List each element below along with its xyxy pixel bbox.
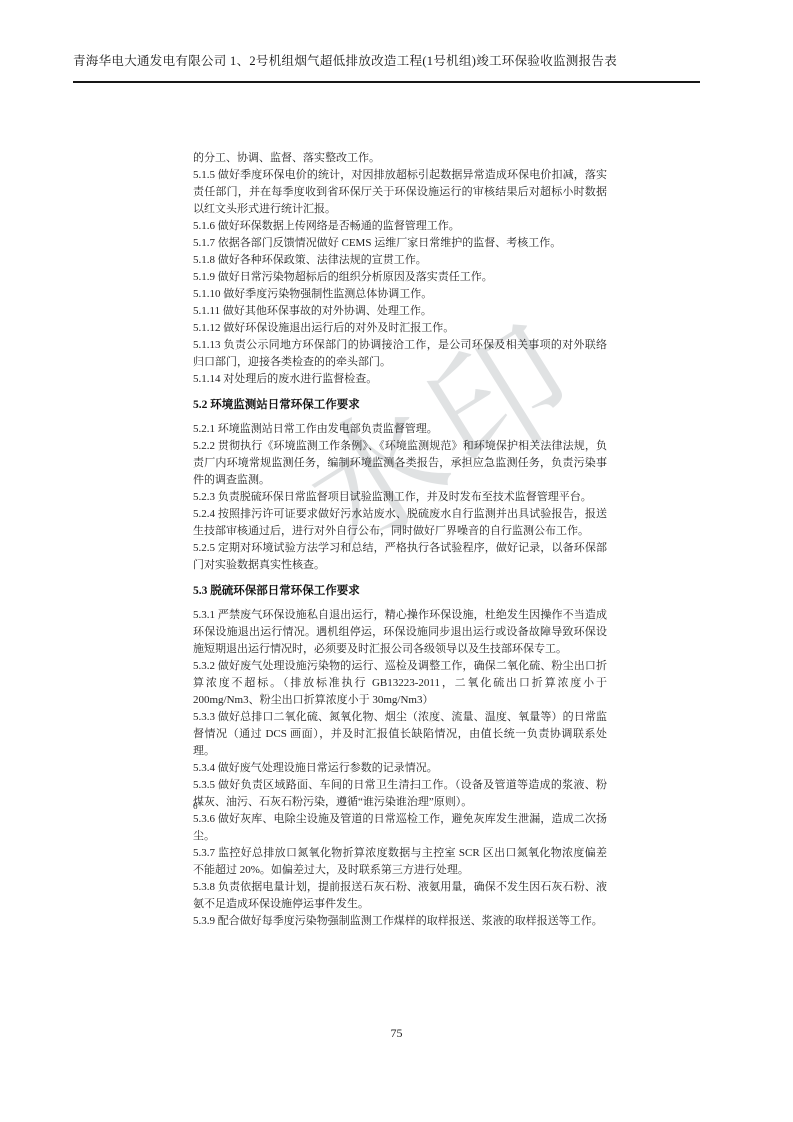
paragraph: 5.2.4 按照排污许可证要求做好污水站废水、脱硫废水自行监测并出具试验报告，报… bbox=[193, 506, 607, 540]
paragraph: 5.3.2 做好废气处理设施污染物的运行、巡检及调整工作，确保二氧化硫、粉尘出口… bbox=[193, 658, 607, 709]
document-page: 青海华电大通发电有限公司 1、2号机组烟气超低排放改造工程(1号机组)竣工环保验… bbox=[0, 0, 793, 1122]
paragraph: 5.2.1 环境监测站日常工作由发电部负责监督管理。 bbox=[193, 421, 607, 438]
document-header-title: 青海华电大通发电有限公司 1、2号机组烟气超低排放改造工程(1号机组)竣工环保验… bbox=[73, 52, 733, 70]
footnote-number: 6 bbox=[193, 801, 198, 811]
paragraph: 5.1.7 依据各部门反馈情况做好 CEMS 运维厂家日常维护的监督、考核工作。 bbox=[193, 235, 607, 252]
paragraph: 5.2.3 负责脱硫环保日常监督项目试验监测工作，并及时发布至技术监督管理平台。 bbox=[193, 489, 607, 506]
paragraph: 5.3.3 做好总排口二氧化硫、氮氧化物、烟尘（浓度、流量、温度、氧量等）的日常… bbox=[193, 709, 607, 760]
paragraph: 5.1.6 做好环保数据上传网络是否畅通的监督管理工作。 bbox=[193, 218, 607, 235]
document-body: 的分工、协调、监督、落实整改工作。5.1.5 做好季度环保电价的统计，对因排放超… bbox=[193, 150, 607, 930]
paragraph: 5.1.13 负责公示同地方环保部门的协调接洽工作，是公司环保及相关事项的对外联… bbox=[193, 337, 607, 371]
paragraph: 5.3.9 配合做好每季度污染物强制监测工作煤样的取样报送、浆液的取样报送等工作… bbox=[193, 913, 607, 930]
paragraph: 的分工、协调、监督、落实整改工作。 bbox=[193, 150, 607, 167]
paragraph: 5.2.5 定期对环境试验方法学习和总结，严格执行各试验程序，做好记录，以备环保… bbox=[193, 540, 607, 574]
paragraph: 5.3.6 做好灰库、电除尘设施及管道的日常巡检工作，避免灰库发生泄漏，造成二次… bbox=[193, 811, 607, 845]
paragraph: 5.1.8 做好各种环保政策、法律法规的宣贯工作。 bbox=[193, 252, 607, 269]
paragraph: 5.3.8 负责依据电量计划，提前报送石灰石粉、液氨用量，确保不发生因石灰石粉、… bbox=[193, 879, 607, 913]
paragraph: 5.1.11 做好其他环保事故的对外协调、处理工作。 bbox=[193, 303, 607, 320]
paragraph: 5.3.5 做好负责区域路面、车间的日常卫生清扫工作。（设备及管道等造成的浆液、… bbox=[193, 777, 607, 811]
paragraph: 5.1.14 对处理后的废水进行监督检查。 bbox=[193, 371, 607, 388]
paragraph: 5.1.9 做好日常污染物超标后的组织分析原因及落实责任工作。 bbox=[193, 269, 607, 286]
paragraph: 5.2.2 贯彻执行《环境监测工作条例》、《环境监测规范》和环境保护相关法律法规… bbox=[193, 438, 607, 489]
header-divider bbox=[73, 81, 700, 83]
paragraph: 5.1.5 做好季度环保电价的统计，对因排放超标引起数据异常造成环保电价扣减，落… bbox=[193, 167, 607, 218]
paragraph: 5.1.12 做好环保设施退出运行后的对外及时汇报工作。 bbox=[193, 320, 607, 337]
page-number: 75 bbox=[0, 1026, 793, 1041]
paragraph: 5.3.4 做好废气处理设施日常运行参数的记录情况。 bbox=[193, 760, 607, 777]
section-heading: 5.2 环境监测站日常环保工作要求 bbox=[193, 397, 607, 414]
paragraph: 5.3.7 监控好总排放口氮氧化物折算浓度数据与主控室 SCR 区出口氮氧化物浓… bbox=[193, 845, 607, 879]
paragraph: 5.1.10 做好季度污染物强制性监测总体协调工作。 bbox=[193, 286, 607, 303]
section-heading: 5.3 脱硫环保部日常环保工作要求 bbox=[193, 583, 607, 600]
paragraph: 5.3.1 严禁废气环保设施私自退出运行，精心操作环保设施，杜绝发生因操作不当造… bbox=[193, 607, 607, 658]
